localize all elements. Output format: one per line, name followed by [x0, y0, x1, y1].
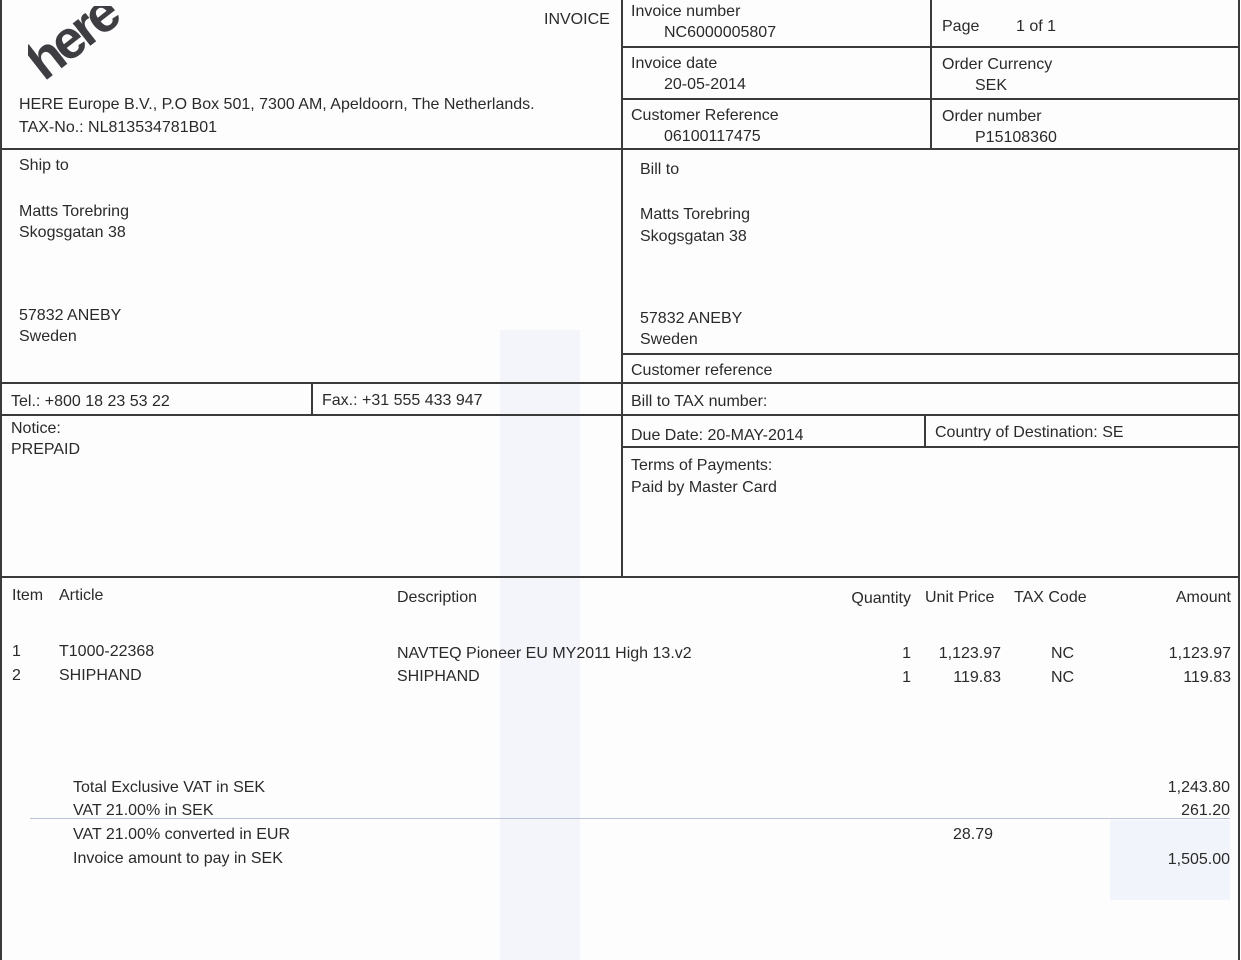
item-amount: 1,123.97 [1130, 644, 1231, 664]
bill-to-label: Bill to [640, 160, 679, 180]
item-quantity: 1 [860, 644, 911, 664]
total-eur-amount: 28.79 [900, 825, 993, 845]
item-quantity: 1 [860, 668, 911, 688]
divider [621, 353, 1240, 355]
invoice-number: NC6000005807 [664, 23, 776, 43]
frame-right [1238, 0, 1240, 960]
fax: Fax.: +31 555 433 947 [322, 391, 483, 411]
bill-to-street: Skogsgatan 38 [640, 227, 747, 247]
bill-to-city: 57832 ANEBY [640, 309, 742, 329]
item-description: SHIPHAND [397, 667, 480, 687]
item-tax-code: NC [1051, 668, 1074, 688]
total-label: VAT 21.00% in SEK [73, 801, 214, 821]
total-label: Total Exclusive VAT in SEK [73, 778, 265, 798]
document-type: INVOICE [544, 10, 610, 30]
order-currency: SEK [975, 76, 1007, 96]
item-number: 1 [12, 642, 21, 662]
col-header-tax-code: TAX Code [1014, 588, 1087, 608]
divider [0, 148, 1240, 150]
col-header-description: Description [397, 588, 477, 608]
total-label: Invoice amount to pay in SEK [73, 849, 283, 869]
total-label: VAT 21.00% converted in EUR [73, 825, 290, 845]
ship-to-country: Sweden [19, 327, 77, 347]
total-amount: 261.20 [1110, 801, 1230, 821]
company-tax-number: TAX-No.: NL813534781B01 [19, 118, 217, 138]
divider [924, 414, 926, 447]
invoice-number-label: Invoice number [631, 2, 740, 22]
notice-value: PREPAID [11, 440, 80, 460]
item-article: T1000-22368 [59, 642, 154, 662]
page-value: 1 of 1 [1016, 17, 1056, 37]
total-amount: 1,505.00 [1110, 850, 1230, 870]
order-number-label: Order number [942, 107, 1042, 127]
item-amount: 119.83 [1130, 668, 1231, 688]
item-tax-code: NC [1051, 644, 1074, 664]
bill-to-country: Sweden [640, 330, 698, 350]
here-logo-icon: here [28, 6, 148, 86]
divider [0, 382, 1240, 384]
col-header-unit-price: Unit Price [925, 588, 994, 608]
ship-to-city: 57832 ANEBY [19, 306, 121, 326]
invoice-date: 20-05-2014 [664, 75, 746, 95]
order-number: P15108360 [975, 128, 1057, 148]
page-label: Page [942, 17, 979, 37]
bill-to-name: Matts Torebring [640, 205, 750, 225]
notice-label: Notice: [11, 419, 61, 439]
divider [621, 98, 1240, 100]
divider [311, 382, 313, 415]
total-amount: 1,243.80 [1110, 778, 1230, 798]
bill-to-customer-reference-label: Customer reference [631, 361, 772, 381]
item-article: SHIPHAND [59, 666, 142, 686]
col-header-amount: Amount [1130, 588, 1231, 608]
svg-text:here: here [28, 6, 131, 86]
order-currency-label: Order Currency [942, 55, 1052, 75]
country-of-destination: Country of Destination: SE [935, 423, 1124, 443]
divider [930, 0, 932, 150]
invoice-date-label: Invoice date [631, 54, 717, 74]
item-number: 2 [12, 666, 21, 686]
terms-of-payment-value: Paid by Master Card [631, 478, 777, 498]
divider [621, 0, 623, 578]
ship-to-name: Matts Torebring [19, 202, 129, 222]
customer-reference: 06100117475 [664, 127, 761, 147]
frame-left [0, 0, 2, 960]
bill-to-tax-number-label: Bill to TAX number: [631, 392, 767, 412]
col-header-item: Item [12, 586, 43, 606]
ship-to-label: Ship to [19, 156, 69, 176]
item-unit-price: 119.83 [920, 668, 1001, 688]
item-unit-price: 1,123.97 [920, 644, 1001, 664]
ship-to-street: Skogsgatan 38 [19, 223, 126, 243]
telephone: Tel.: +800 18 23 53 22 [11, 392, 170, 412]
col-header-quantity: Quantity [830, 589, 911, 609]
divider [621, 446, 1240, 448]
divider [0, 576, 1240, 578]
terms-of-payment-label: Terms of Payments: [631, 456, 772, 476]
customer-reference-label: Customer Reference [631, 106, 779, 126]
divider [621, 46, 1240, 48]
col-header-article: Article [59, 586, 103, 606]
company-address: HERE Europe B.V., P.O Box 501, 7300 AM, … [19, 95, 535, 115]
due-date: Due Date: 20-MAY-2014 [631, 426, 804, 446]
item-description: NAVTEQ Pioneer EU MY2011 High 13.v2 [397, 644, 692, 664]
divider [0, 414, 1240, 416]
